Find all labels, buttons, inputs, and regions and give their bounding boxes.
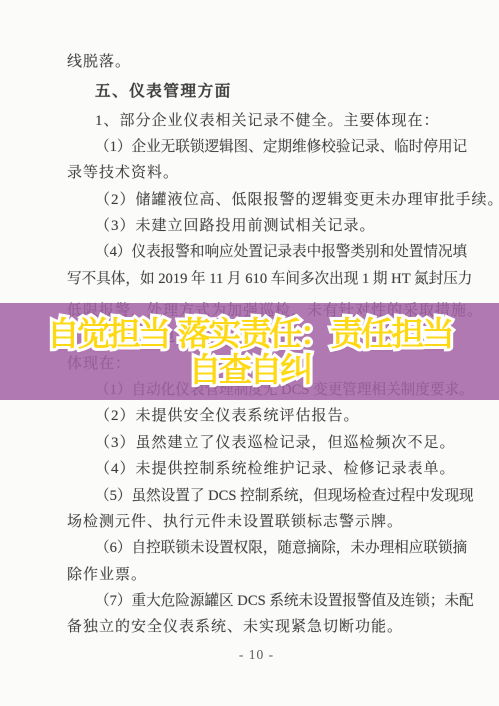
document-line: 除作业票。	[67, 562, 482, 588]
document-line: （4）未提供控制系统检维护记录、检修记录表单。	[67, 456, 482, 482]
document-line: （5）虽然设置了 DCS 控制系统，但现场检查过程中发现现	[67, 483, 482, 509]
document-line: （3）虽然建立了仪表巡检记录，但巡检频次不足。	[67, 430, 482, 456]
document-line: （7）重大危险源罐区 DCS 系统未设置报警值及连锁；未配	[67, 588, 482, 614]
document-line: （3）未建立回路投用前测试相关记录。	[67, 213, 482, 239]
document-line: （2）储罐液位高、低限报警的逻辑变更未办理审批手续。	[67, 187, 482, 213]
document-line: 场检测元件、执行元件未设置联锁标志警示牌。	[67, 509, 482, 535]
document-line: 线脱落。	[67, 49, 482, 75]
document-line: （4）仪表报警和响应处置记录表中报警类别和处置情况填	[67, 239, 482, 265]
overlay-headline-line1-text: 自觉担当 落实责任：责任担当	[47, 314, 453, 353]
document-line: 备独立的安全仪表系统、未实现紧急切断功能。	[67, 614, 482, 640]
document-line: 录等技术资料。	[67, 160, 482, 186]
overlay-headline-line2: 自查自纠 自查自纠	[189, 352, 311, 388]
page-number: - 10 -	[49, 642, 464, 668]
overlay-headline-line1: 自觉担当 落实责任：责任担当 自觉担当 落实责任：责任担当	[47, 316, 453, 352]
document-line: （6）自控联锁未设置权限，随意摘除，未办理相应联锁摘	[67, 535, 482, 561]
document-line: 1、部分企业仪表相关记录不健全。主要体现在：	[67, 108, 482, 134]
overlay-headline: 自觉担当 落实责任：责任担当 自觉担当 落实责任：责任担当 自查自纠 自查自纠	[0, 303, 499, 400]
document-page: 线脱落。五、仪表管理方面1、部分企业仪表相关记录不健全。主要体现在：（1）企业无…	[0, 0, 499, 706]
document-line: 五、仪表管理方面	[67, 79, 482, 105]
document-line: （2）未提供安全仪表系统评估报告。	[67, 403, 482, 429]
overlay-headline-line2-text: 自查自纠	[189, 350, 311, 389]
document-line: （1）企业无联锁逻辑图、定期维修校验记录、临时停用记	[67, 134, 482, 160]
document-line: 写不具体，如 2019 年 11 月 610 车间多次出现 1 期 HT 氮封压…	[67, 266, 482, 292]
